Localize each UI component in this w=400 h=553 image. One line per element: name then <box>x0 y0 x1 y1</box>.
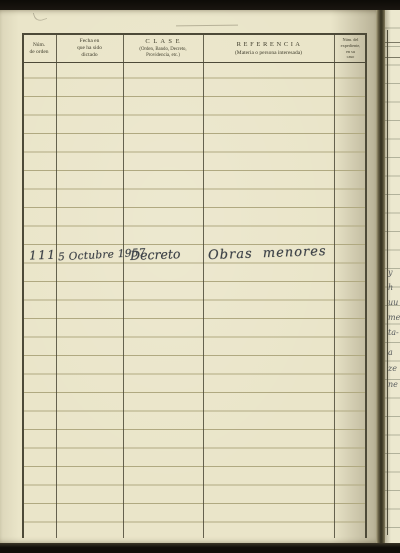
col-header-clase: C L A S E (Orden, Bando, Decreto, Provid… <box>123 35 203 62</box>
table-vertical-rule-right <box>365 33 367 538</box>
table-vertical-rule-2 <box>123 33 124 538</box>
register-table: Núm. de orden Fecha en que ha sido dicta… <box>22 33 367 538</box>
header-line: dictado <box>81 52 97 59</box>
header-line: R E F E R E N C I A <box>237 41 301 49</box>
entry-clase: Decreto <box>130 246 181 263</box>
table-header-row: Núm. de orden Fecha en que ha sido dicta… <box>22 33 367 63</box>
col-header-num-expediente: Núm. del expediente, en su caso <box>334 35 367 62</box>
col-header-num-orden: Núm. de orden <box>22 35 56 62</box>
header-line: (Materia o persona interesada) <box>235 50 302 57</box>
header-line: que ha sido <box>77 45 102 52</box>
header-line: de orden <box>29 49 48 56</box>
scratch-mark <box>176 25 238 27</box>
header-line: Providencia, etc.) <box>146 53 180 59</box>
table-vertical-rule-3 <box>203 33 204 538</box>
table-vertical-rule-1 <box>56 33 57 538</box>
table-vertical-rule-left <box>22 33 24 538</box>
pencil-mark <box>33 9 48 22</box>
header-line: caso <box>347 54 355 60</box>
handwriting-fragment: ne <box>388 380 398 389</box>
scan-edge-bottom <box>0 543 400 553</box>
table-ruled-body <box>22 60 367 531</box>
scanned-register-document: Núm. de orden Fecha en que ha sido dicta… <box>0 0 400 553</box>
handwriting-fragment: a <box>388 348 393 357</box>
handwriting-fragment: ze <box>388 364 397 373</box>
header-line: C L A S E <box>145 38 180 46</box>
handwriting-fragment: y <box>388 268 393 277</box>
header-line: Núm. <box>33 42 45 49</box>
entry-num-orden: 111 <box>29 248 57 263</box>
scan-edge-top <box>0 0 400 10</box>
col-header-referencia: R E F E R E N C I A (Materia o persona i… <box>203 35 334 62</box>
adjacent-page-header-rule <box>385 57 400 58</box>
adjacent-page-edge: y h uu me ta- a ze ne <box>385 10 400 543</box>
handwriting-fragment: uu <box>388 298 398 307</box>
book-gutter-shadow <box>376 10 385 543</box>
entry-referencia: Obras menores <box>208 244 327 263</box>
register-page: Núm. de orden Fecha en que ha sido dicta… <box>0 10 376 543</box>
table-vertical-rule-4 <box>334 33 335 538</box>
header-line: Fecha en <box>80 38 100 45</box>
handwriting-fragment: me <box>388 313 400 322</box>
handwriting-fragment: h <box>388 283 393 292</box>
handwriting-fragment: ta- <box>388 328 399 337</box>
col-header-fecha: Fecha en que ha sido dictado <box>56 35 123 62</box>
register-entry-row: 111 5 Octubre 1957 Decreto Obras menores <box>22 244 367 270</box>
adjacent-page-header-rule <box>385 42 400 43</box>
